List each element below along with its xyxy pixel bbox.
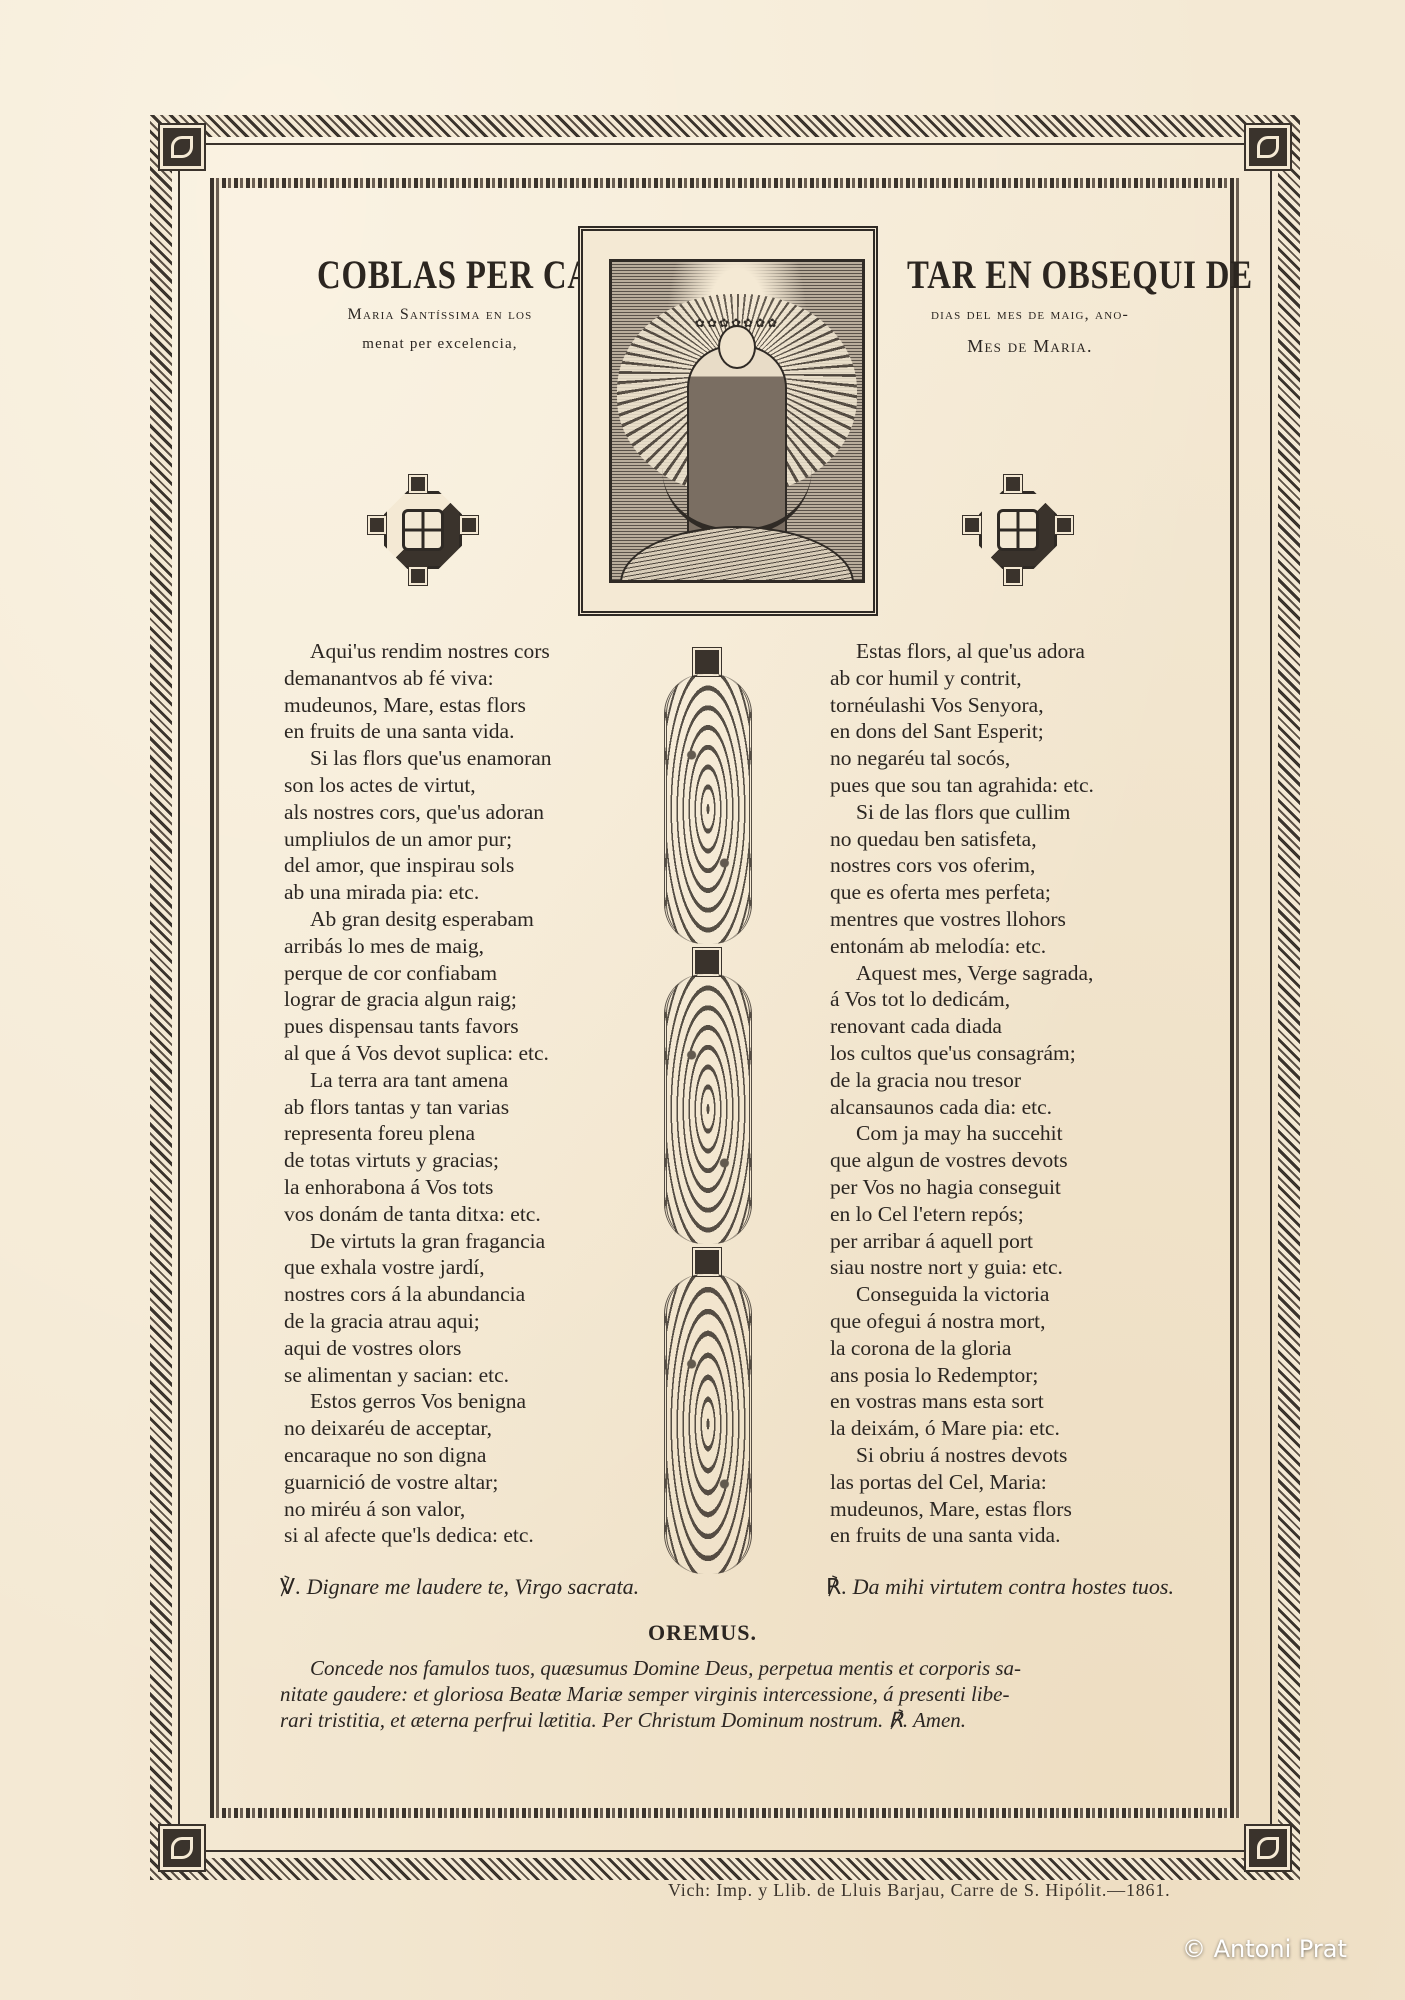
- verse-line: de totas virtuts y gracias;: [284, 1147, 644, 1174]
- verse-line: la corona de la gloria: [830, 1335, 1190, 1362]
- verse-line: renovant cada diada: [830, 1013, 1190, 1040]
- title-subline-right-2: Mes de Maria.: [880, 336, 1180, 357]
- verse-line: Com ja may ha succehit: [830, 1120, 1190, 1147]
- rosette-ornament-left: [368, 475, 478, 585]
- verse-line: al que á Vos devot suplica: etc.: [284, 1040, 644, 1067]
- verse-line: son los actes de virtut,: [284, 772, 644, 799]
- corner-ornament-bottom-left: [160, 1826, 204, 1870]
- prayer-line: rari tristitia, et æterna perfrui lætiti…: [280, 1707, 1160, 1733]
- verse-line: del amor, que inspirau sols: [284, 852, 644, 879]
- verse-line: umpliulos de un amor pur;: [284, 826, 644, 853]
- verse-line: nostres cors á la abundancia: [284, 1281, 644, 1308]
- verse-line: no negaréu tal socós,: [830, 745, 1190, 772]
- verse-line: Si de las flors que cullim: [830, 799, 1190, 826]
- printer-imprint: Vich: Imp. y Llib. de Lluis Barjau, Carr…: [668, 1880, 1170, 1901]
- title-left-block: COBLAS PER CAN- Maria Santíssima en los …: [290, 252, 590, 353]
- verse-line: en lo Cel l'etern repós;: [830, 1201, 1190, 1228]
- corner-ornament-top-right: [1246, 125, 1290, 169]
- verse-line: la deixám, ó Mare pia: etc.: [830, 1415, 1190, 1442]
- verse-line: no quedau ben satisfeta,: [830, 826, 1190, 853]
- verse-line: Si obriu á nostres devots: [830, 1442, 1190, 1469]
- response-text: Da mihi virtutem contra hostes tuos.: [853, 1574, 1174, 1599]
- verse-line: per arribar á aquell port: [830, 1228, 1190, 1255]
- verse-line: los cultos que'us consagrám;: [830, 1040, 1190, 1067]
- title-heading-right: TAR EN OBSEQUI DE: [907, 252, 1153, 298]
- verse-line: mudeunos, Mare, estas flors: [284, 692, 644, 719]
- rosette-ornament-right: [963, 475, 1073, 585]
- verse-line: ab cor humil y contrit,: [830, 665, 1190, 692]
- verse-line: ans posia lo Redemptor;: [830, 1362, 1190, 1389]
- verse-line: nostres cors vos oferim,: [830, 852, 1190, 879]
- verse-line: si al afecte que'ls dedica: etc.: [284, 1522, 644, 1549]
- prayer-line: nitate gaudere: et gloriosa Beatæ Mariæ …: [280, 1681, 1160, 1707]
- title-right-block: TAR EN OBSEQUI DE dias del mes de maig, …: [880, 252, 1180, 357]
- verse-line: se alimentan y sacian: etc.: [284, 1362, 644, 1389]
- verse-line: Aqui'us rendim nostres cors: [284, 638, 644, 665]
- verse-line: mudeunos, Mare, estas flors: [830, 1496, 1190, 1523]
- versicle: ℣.Dignare me laudere te, Virgo sacrata.: [280, 1574, 639, 1600]
- verse-line: La terra ara tant amena: [284, 1067, 644, 1094]
- verse-line: en dons del Sant Esperit;: [830, 718, 1190, 745]
- central-vertical-ornament: [664, 648, 746, 1578]
- oremus-prayer: Concede nos famulos tuos, quæsumus Domin…: [280, 1655, 1160, 1733]
- verse-line: Aquest mes, Verge sagrada,: [830, 960, 1190, 987]
- verse-line: ab una mirada pia: etc.: [284, 879, 644, 906]
- crescent-moon: [662, 468, 812, 534]
- verse-line: demanantvos ab fé viva:: [284, 665, 644, 692]
- verse-line: Si las flors que'us enamoran: [284, 745, 644, 772]
- verse-line: la enhorabona á Vos tots: [284, 1174, 644, 1201]
- verse-line: entonám ab melodía: etc.: [830, 933, 1190, 960]
- title-subline-right-1: dias del mes de maig, ano-: [880, 306, 1180, 324]
- verse-line: ab flors tantas y tan varias: [284, 1094, 644, 1121]
- corner-ornament-top-left: [160, 125, 204, 169]
- verse-line: que ofegui á nostra mort,: [830, 1308, 1190, 1335]
- globe: [620, 526, 854, 583]
- virgin-mary-engraving-frame: ✿✿✿✿✿✿✿: [578, 226, 878, 616]
- response: ℟.Da mihi virtutem contra hostes tuos.: [826, 1574, 1174, 1600]
- verse-line: á Vos tot lo dedicám,: [830, 986, 1190, 1013]
- verse-line: encaraque no son digna: [284, 1442, 644, 1469]
- verse-line: representa foreu plena: [284, 1120, 644, 1147]
- title-subline-left-1: Maria Santíssima en los: [290, 306, 590, 324]
- verse-line: tornéulashi Vos Senyora,: [830, 692, 1190, 719]
- verse-line: no deixaréu de acceptar,: [284, 1415, 644, 1442]
- verse-line: pues que sou tan agrahida: etc.: [830, 772, 1190, 799]
- verse-line: per Vos no hagia conseguit: [830, 1174, 1190, 1201]
- verse-line: arribás lo mes de maig,: [284, 933, 644, 960]
- verse-line: de la gracia nou tresor: [830, 1067, 1190, 1094]
- poem-left-column: Aqui'us rendim nostres corsdemanantvos a…: [284, 638, 644, 1549]
- verse-line: siau nostre nort y guia: etc.: [830, 1254, 1190, 1281]
- response-symbol: ℟.: [826, 1574, 847, 1599]
- verse-line: en fruits de una santa vida.: [830, 1522, 1190, 1549]
- verse-line: De virtuts la gran fragancia: [284, 1228, 644, 1255]
- verse-line: que es oferta mes perfeta;: [830, 879, 1190, 906]
- title-subline-left-2: menat per excelencia,: [290, 336, 590, 353]
- verse-line: vos donám de tanta ditxa: etc.: [284, 1201, 644, 1228]
- verse-line: en vostras mans esta sort: [830, 1388, 1190, 1415]
- verse-line: que algun de vostres devots: [830, 1147, 1190, 1174]
- verse-line: en fruits de una santa vida.: [284, 718, 644, 745]
- prayer-line: Concede nos famulos tuos, quæsumus Domin…: [280, 1655, 1160, 1681]
- verse-line: que exhala vostre jardí,: [284, 1254, 644, 1281]
- oremus-heading: OREMUS.: [0, 1620, 1405, 1646]
- title-heading-left: COBLAS PER CAN-: [317, 252, 563, 298]
- verse-line: Estos gerros Vos benigna: [284, 1388, 644, 1415]
- verse-line: perque de cor confiabam: [284, 960, 644, 987]
- verse-line: pues dispensau tants favors: [284, 1013, 644, 1040]
- verse-line: aqui de vostres olors: [284, 1335, 644, 1362]
- virgin-mary-engraving: ✿✿✿✿✿✿✿: [609, 259, 865, 583]
- verse-line: Conseguida la victoria: [830, 1281, 1190, 1308]
- versicle-symbol: ℣.: [280, 1574, 301, 1599]
- verse-line: Ab gran desitg esperabam: [284, 906, 644, 933]
- verse-line: als nostres cors, que'us adoran: [284, 799, 644, 826]
- verse-line: las portas del Cel, Maria:: [830, 1469, 1190, 1496]
- verse-line: mentres que vostres llohors: [830, 906, 1190, 933]
- verse-line: de la gracia atrau aqui;: [284, 1308, 644, 1335]
- verse-line: no miréu á son valor,: [284, 1496, 644, 1523]
- copyright-watermark: © Antoni Prat: [1182, 1935, 1347, 1963]
- verse-line: alcansaunos cada dia: etc.: [830, 1094, 1190, 1121]
- versicle-text: Dignare me laudere te, Virgo sacrata.: [307, 1574, 640, 1599]
- corner-ornament-bottom-right: [1246, 1826, 1290, 1870]
- verse-line: Estas flors, al que'us adora: [830, 638, 1190, 665]
- poem-right-column: Estas flors, al que'us adoraab cor humil…: [830, 638, 1190, 1549]
- verse-line: lograr de gracia algun raig;: [284, 986, 644, 1013]
- verse-line: guarnició de vostre altar;: [284, 1469, 644, 1496]
